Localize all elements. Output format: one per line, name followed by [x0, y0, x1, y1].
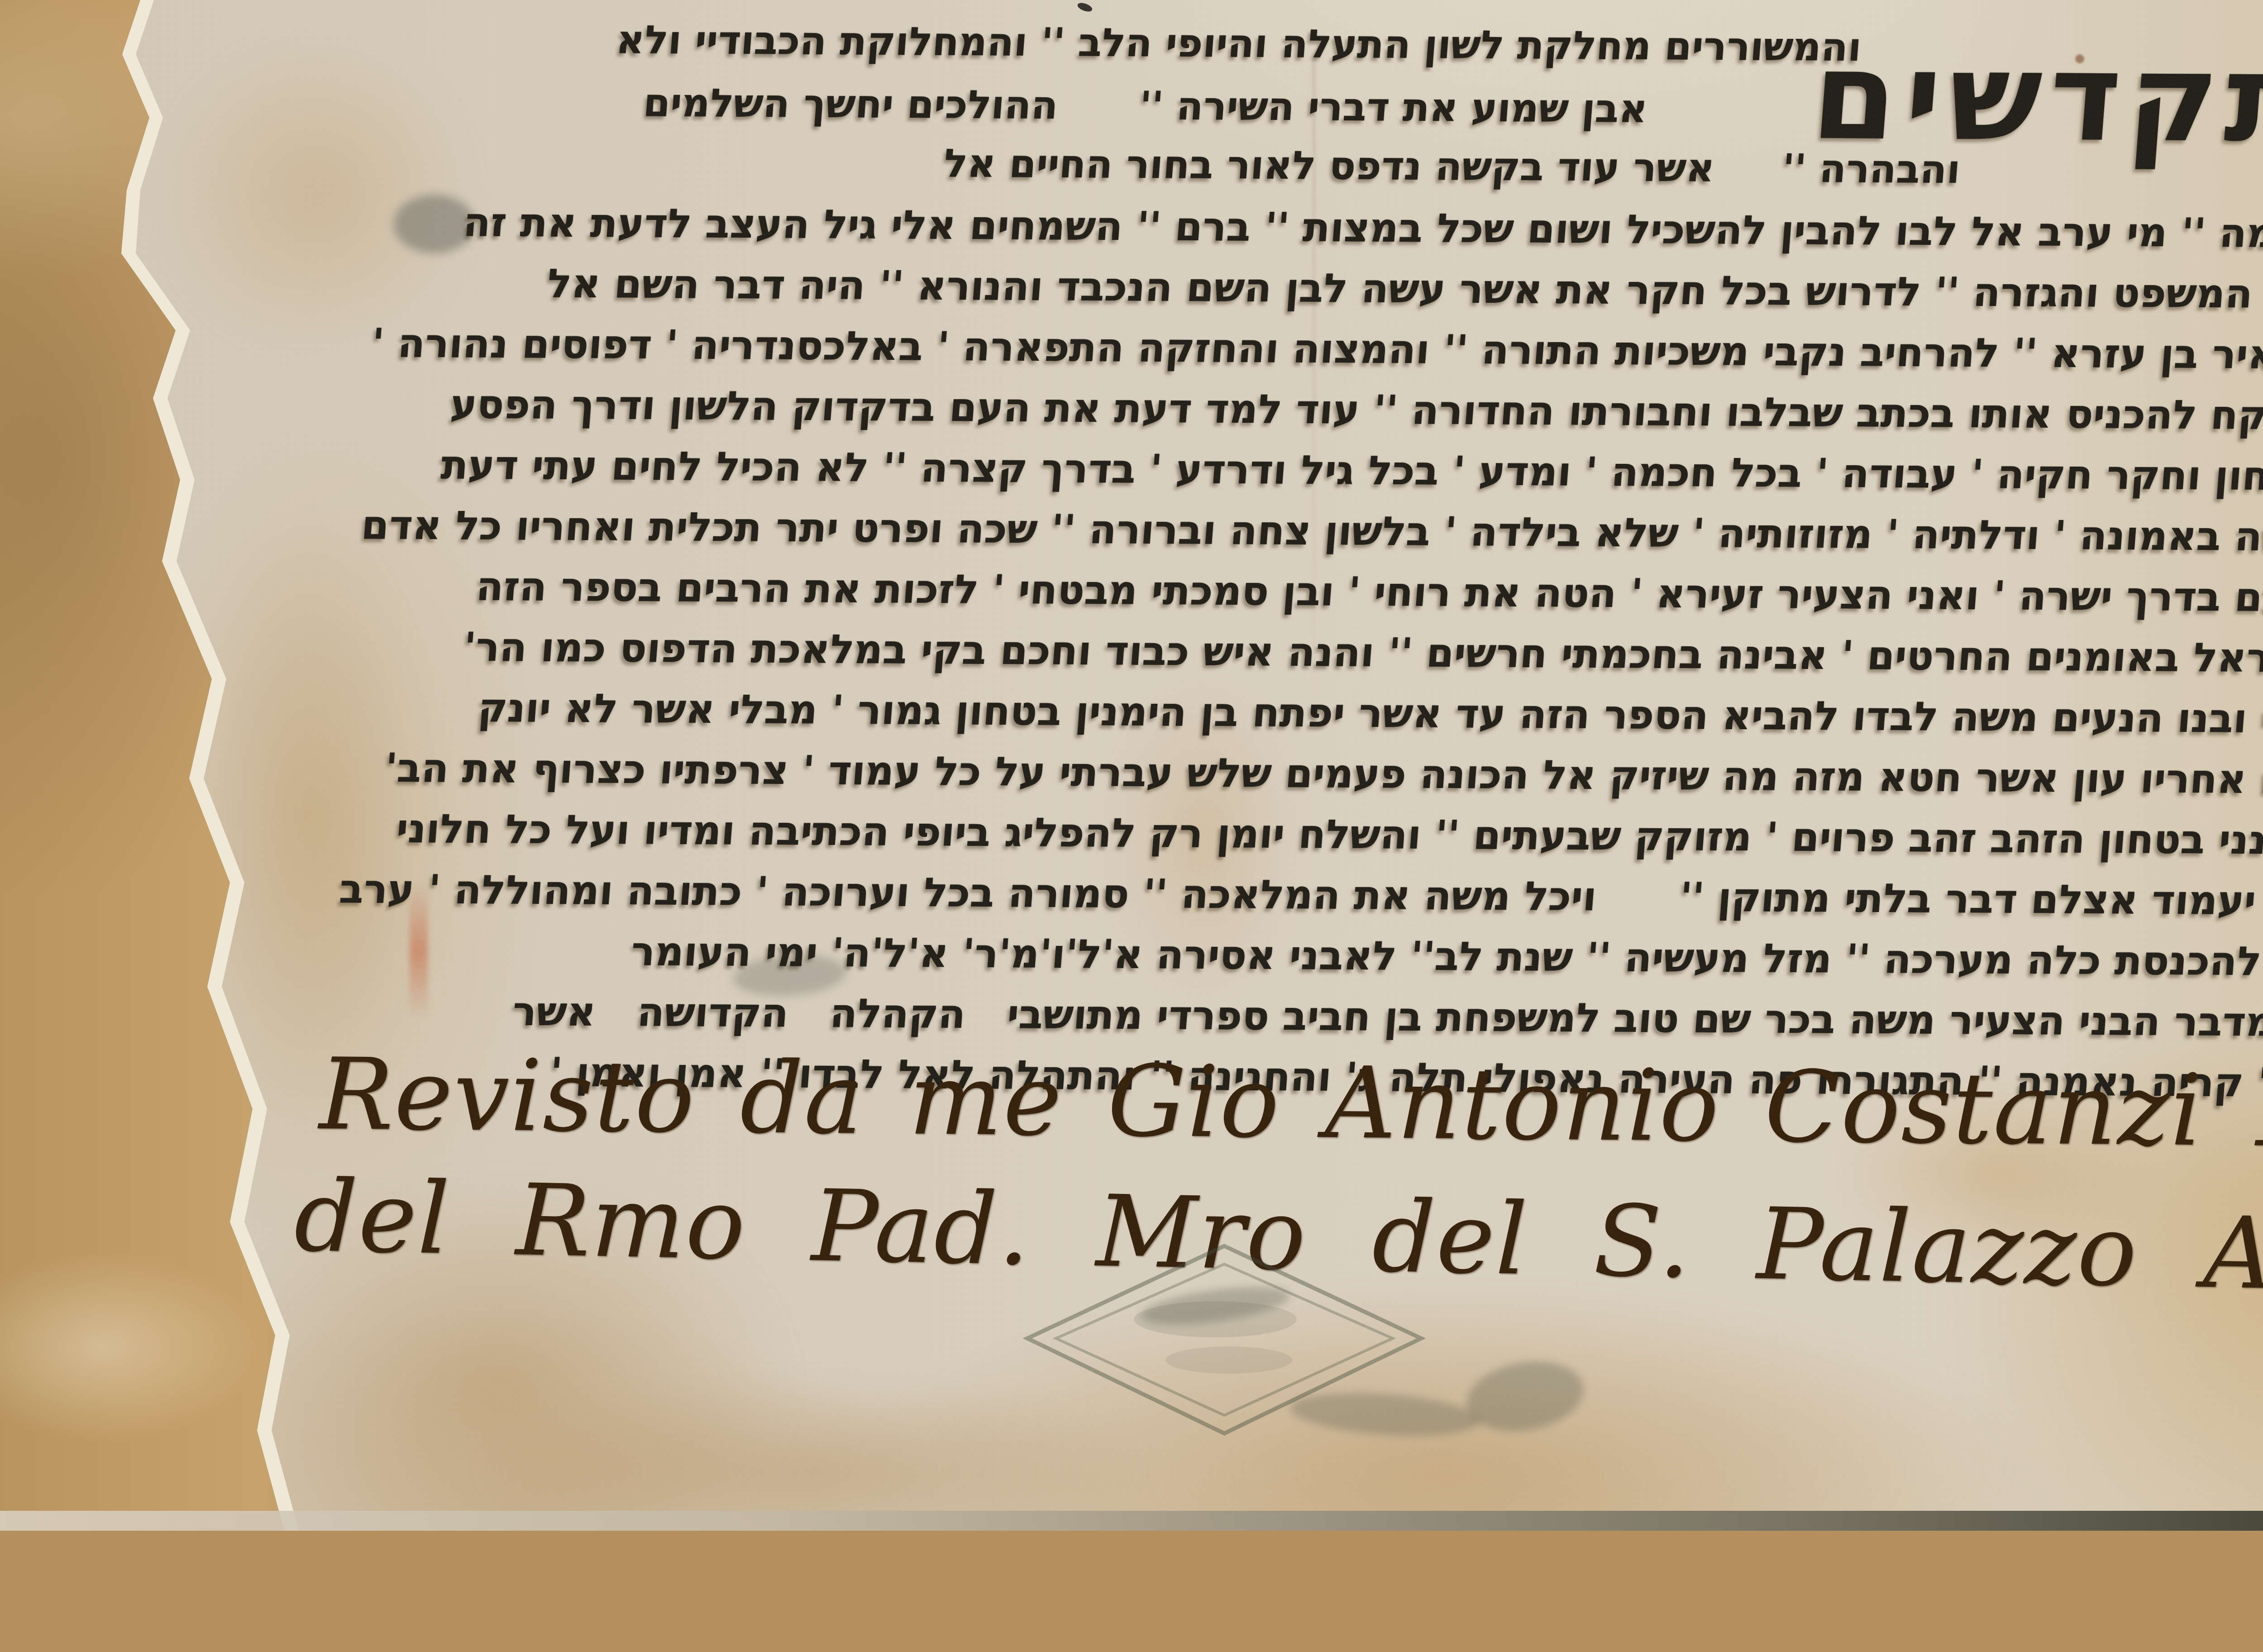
ink-speck [1076, 1, 1093, 14]
stamp-ink-smudge [1461, 1353, 1589, 1440]
photograph-background-binding-board: המתקדשים והמשוררים מחלקת לשון התעלה והיו… [0, 0, 2263, 1531]
hebrew-header-line: והבהרה '' אשר עוד בקשה נדפס לאור בחור הח… [943, 144, 1962, 189]
page-title-hebrew: המתקדשים [1809, 36, 2263, 161]
book-page: המתקדשים והמשוררים מחלקת לשון התעלה והיו… [0, 0, 2263, 1531]
table-edge-strip [0, 1511, 2263, 1531]
hebrew-header-line: אבן שמוע את דברי השירה '' ההולכים יחשך ה… [642, 83, 1649, 129]
hebrew-text-block: מעל פני האדמה '' מי ערב אל לבו להבין להש… [315, 191, 2263, 1114]
censor-signature-line-1: Revisto da me Gio Antonio Costanzi 1754 … [319, 1037, 2263, 1173]
hebrew-header-line: והמשוררים מחלקת לשון התעלה והיופי הלב ''… [615, 20, 1863, 67]
